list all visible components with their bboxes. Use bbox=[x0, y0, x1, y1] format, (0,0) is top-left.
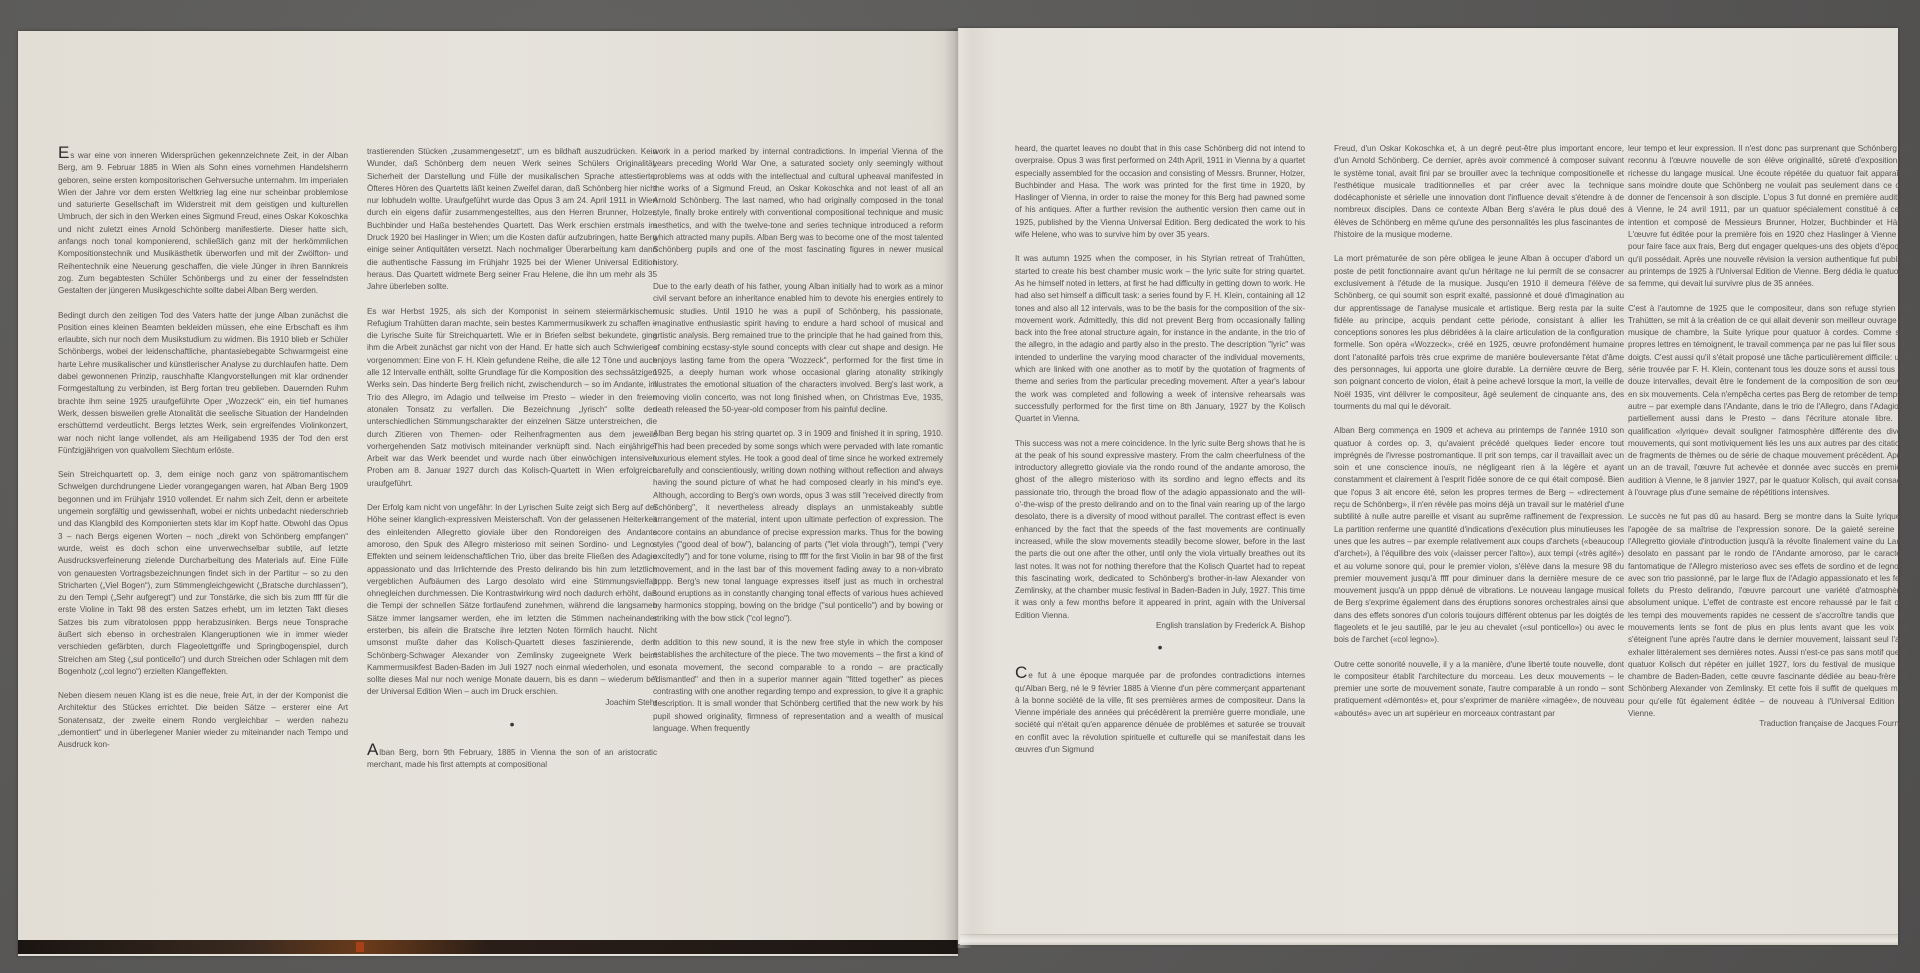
paragraph: Outre cette sonorité nouvelle, il y a la… bbox=[1334, 659, 1624, 720]
paragraph: Alban Berg commença en 1909 et acheva au… bbox=[1334, 425, 1624, 646]
spine-fold bbox=[944, 28, 972, 948]
german-column-2: trastierenden Stücken „zusammengesetzt“,… bbox=[367, 146, 657, 784]
paragraph: leur tempo et leur expression. Il n'est … bbox=[1628, 143, 1908, 291]
paragraph: Der Erfolg kam nicht von ungefähr: In de… bbox=[367, 502, 657, 699]
paragraph: Freud, d'un Oskar Kokoschka et, à un deg… bbox=[1334, 143, 1624, 241]
paragraph: It was autumn 1925 when the composer, in… bbox=[1015, 253, 1305, 425]
paragraph: work in a period marked by internal cont… bbox=[653, 146, 943, 269]
paragraph: In addition to this new sound, it is the… bbox=[653, 637, 943, 735]
paragraph: Alban Berg, born 9th February, 1885 in V… bbox=[367, 745, 657, 772]
paragraph: Es war Herbst 1925, als sich der Komponi… bbox=[367, 306, 657, 490]
paragraph: Le succès ne fut pas dû au hasard. Berg … bbox=[1628, 511, 1908, 720]
paragraph: Neben diesem neuen Klang ist es die neue… bbox=[58, 690, 348, 751]
paragraph: Ce fut à une époque marquée par de profo… bbox=[1015, 668, 1305, 756]
paragraph: Due to the early death of his father, yo… bbox=[653, 281, 943, 416]
paragraph: Bedingt durch den zeitigen Tod des Vater… bbox=[58, 310, 348, 458]
french-column-1: Freud, d'un Oskar Kokoschka et, à un deg… bbox=[1334, 143, 1624, 732]
paragraph: La mort prématurée de son père obligea l… bbox=[1334, 253, 1624, 413]
dropcap: C bbox=[1015, 663, 1027, 682]
section-separator: • bbox=[367, 717, 657, 731]
french-column-2: leur tempo et leur expression. Il n'est … bbox=[1628, 143, 1908, 731]
dropcap: A bbox=[367, 740, 378, 759]
english-column-2: heard, the quartet leaves no doubt that … bbox=[1015, 143, 1305, 768]
left-page-bottom-edge bbox=[18, 940, 958, 954]
paragraph: This success was not a mere coincidence.… bbox=[1015, 438, 1305, 622]
paragraph: heard, the quartet leaves no doubt that … bbox=[1015, 143, 1305, 241]
paragraph: Alban Berg began his string quartet op. … bbox=[653, 428, 943, 625]
right-page-fold bbox=[960, 934, 1898, 945]
section-separator: • bbox=[1015, 640, 1305, 654]
dropcap: E bbox=[58, 143, 69, 162]
german-column-1: Es war eine von inneren Widersprüchen ge… bbox=[58, 148, 348, 764]
paragraph: trastierenden Stücken „zusammengesetzt“,… bbox=[367, 146, 657, 294]
paragraph: Sein Streichquartett op. 3, dem einige n… bbox=[58, 469, 348, 678]
cover-art-edge bbox=[356, 942, 364, 952]
paragraph: Es war eine von inneren Widersprüchen ge… bbox=[58, 148, 348, 298]
translator-credit: Traduction française de Jacques Fournier bbox=[1628, 718, 1908, 730]
english-column-1: work in a period marked by internal cont… bbox=[653, 146, 943, 747]
paragraph: C'est à l'automne de 1925 que le composi… bbox=[1628, 303, 1908, 500]
